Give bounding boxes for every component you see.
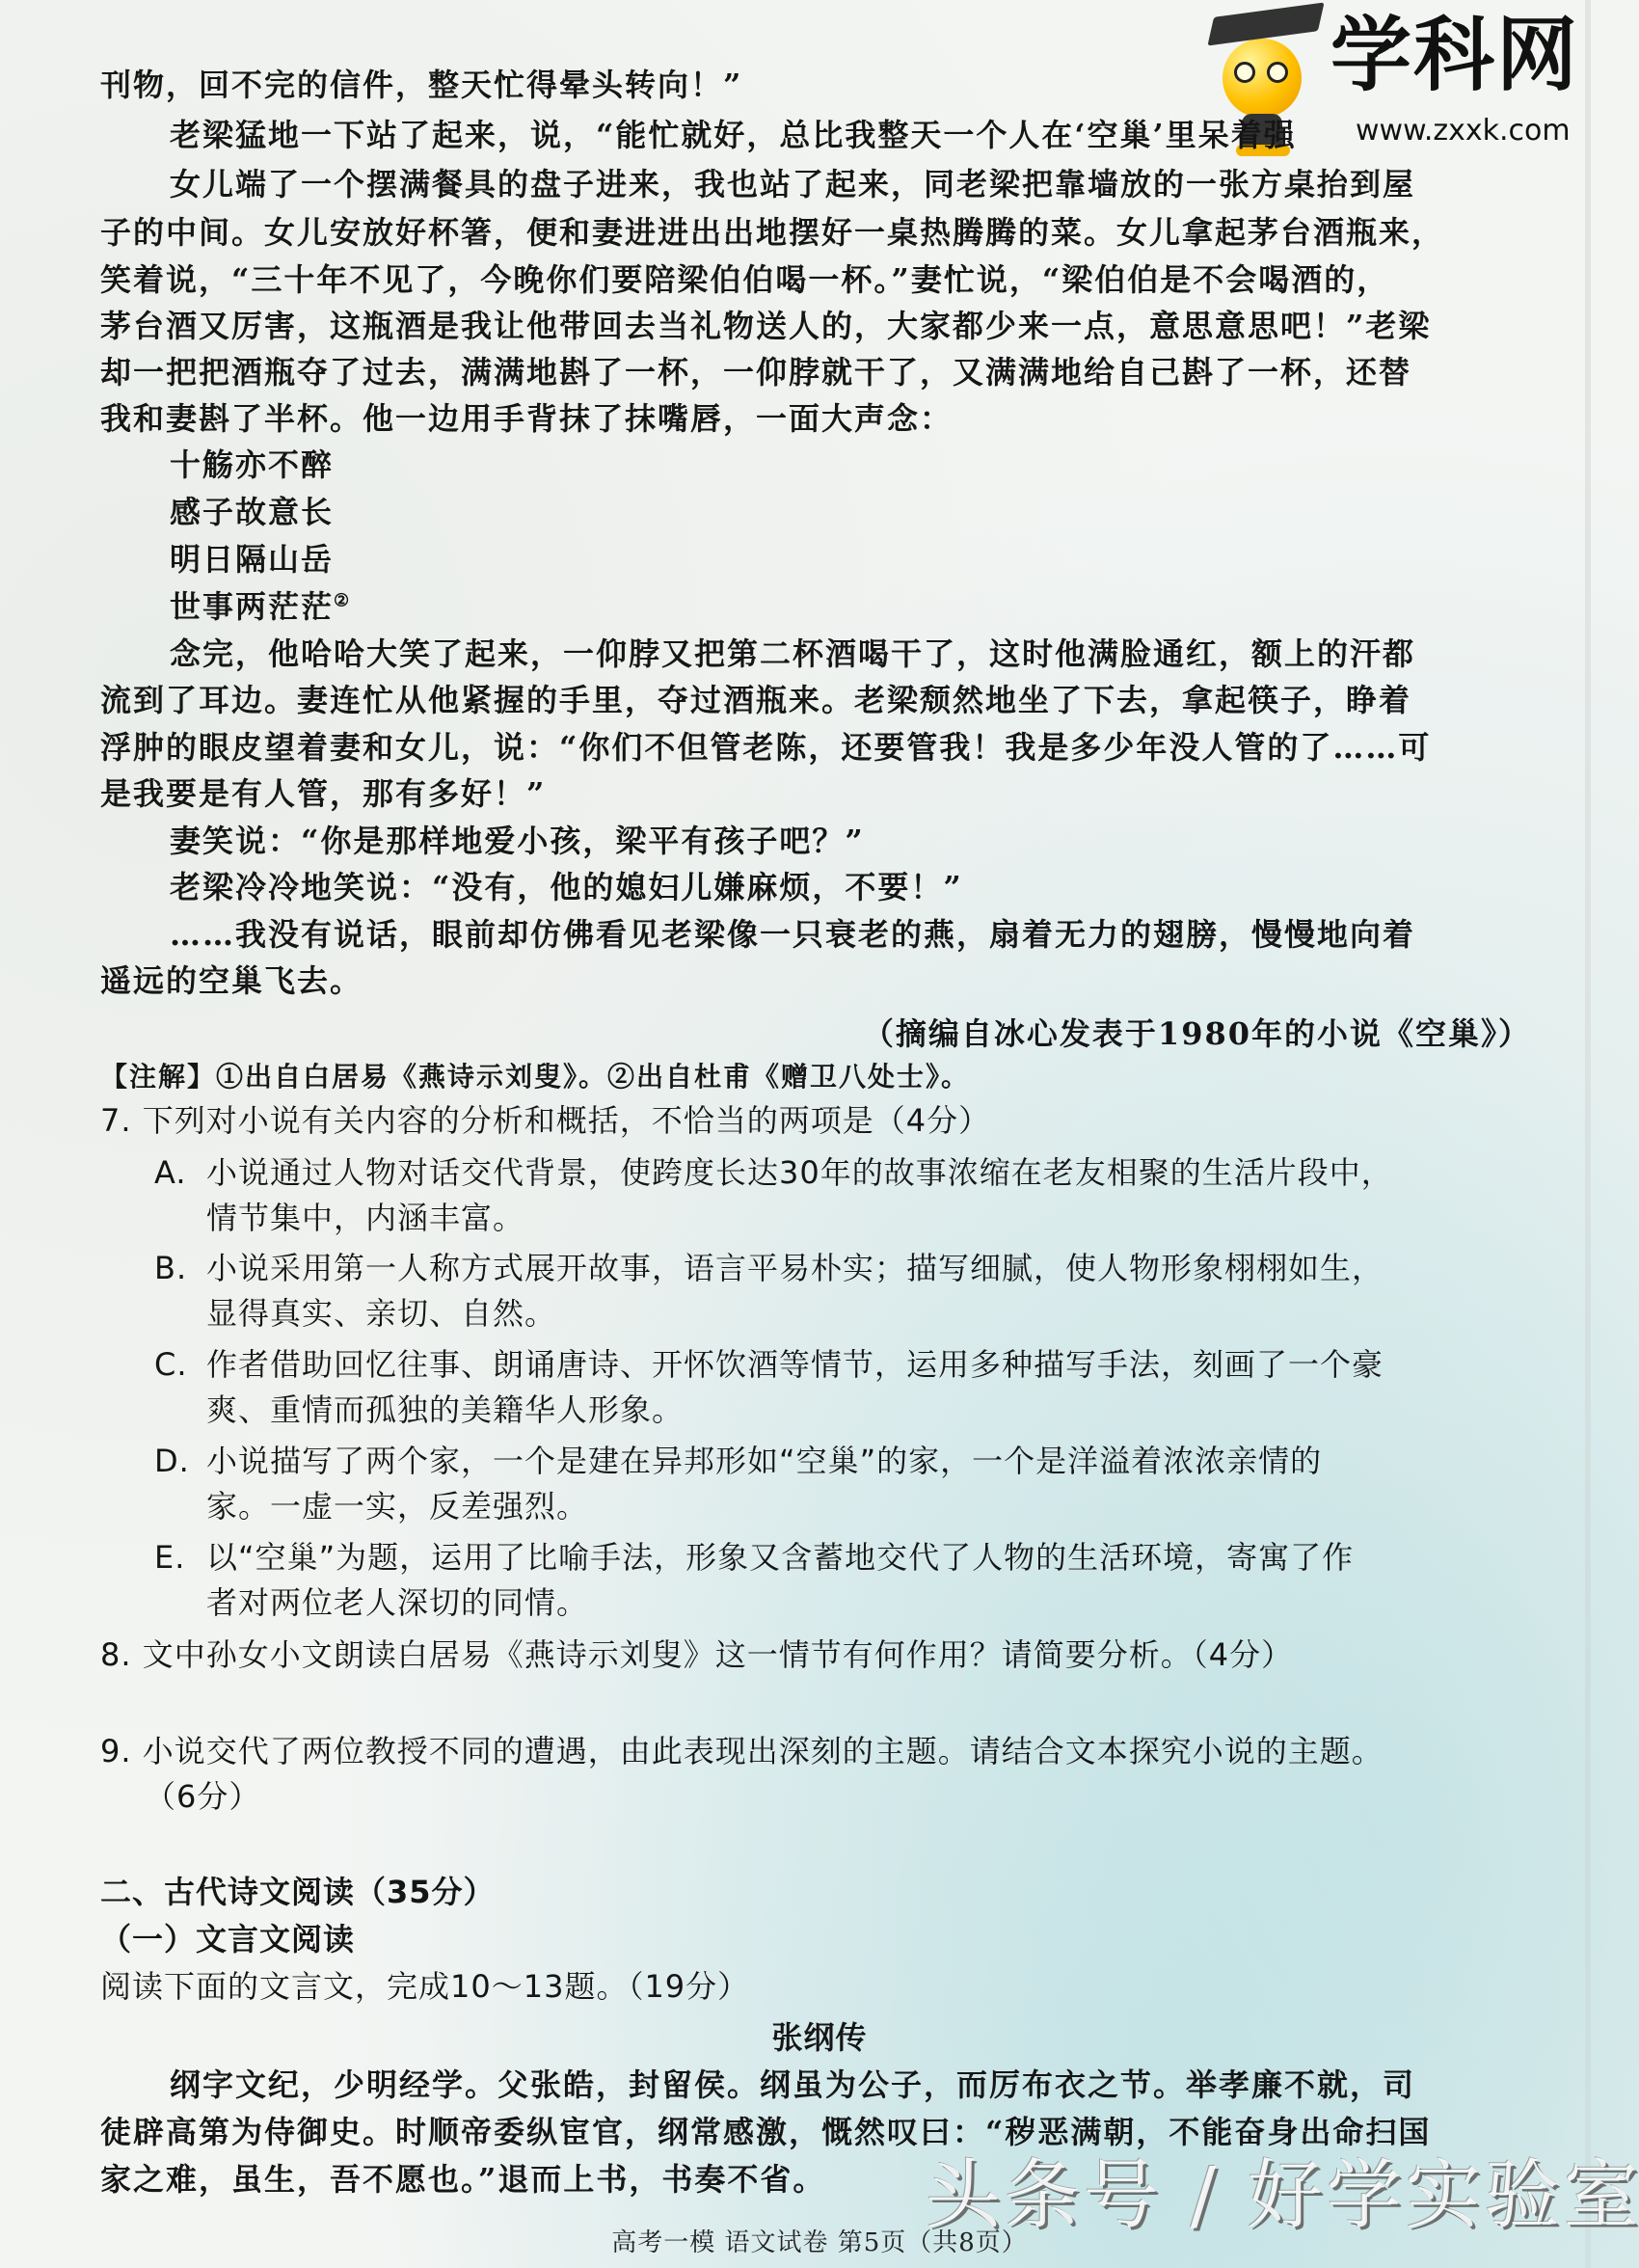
poem-line: 明日隔山岳	[170, 540, 334, 579]
footnote-marker: ②	[334, 590, 351, 610]
story-line: 遥远的空巢飞去。	[100, 961, 363, 1000]
poem-line: 世事两茫茫②	[170, 587, 351, 626]
question-9-points: （6分）	[145, 1777, 260, 1816]
exam-page: 学科网 www.zxxk.com 刊物，回不完的信件，整天忙得晕头转向！” 老梁…	[0, 0, 1639, 2268]
q7-option-a-cont: 情节集中，内涵丰富。	[206, 1199, 524, 1237]
section-2-subheading: （一）文言文阅读	[100, 1920, 355, 1958]
annotation-note: 【注解】①出自白居易《燕诗示刘叟》。②出自杜甫《赠卫八处士》。	[100, 1058, 970, 1096]
question-9: 9. 小说交代了两位教授不同的遭遇，由此表现出深刻的主题。请结合文本探究小说的主…	[100, 1732, 1384, 1770]
q7-option-e-label: E.	[154, 1538, 185, 1577]
source-citation: （摘编自冰心发表于1980年的小说《空巢》）	[863, 1014, 1531, 1053]
question-7-stem: 7. 下列对小说有关内容的分析和概括，不恰当的两项是（4分）	[100, 1101, 990, 1140]
story-line: 子的中间。女儿安放好杯箸，便和妻进进出出地摆好一桌热腾腾的菜。女儿拿起茅台酒瓶来…	[100, 213, 1444, 252]
q7-option-a-label: A.	[154, 1153, 187, 1192]
q7-option-d-cont: 家。一虚一实，反差强烈。	[206, 1487, 588, 1525]
page-footer: 高考一模 语文试卷 第5页（共8页）	[0, 2223, 1639, 2258]
q7-option-a: 小说通过人物对话交代背景，使跨度长达30年的故事浓缩在老友相聚的生活片段中，	[206, 1153, 1393, 1192]
story-line: 却一把把酒瓶夺了过去，满满地斟了一杯，一仰脖就干了，又满满地给自己斟了一杯，还替	[100, 353, 1411, 391]
story-line: 浮肿的眼皮望着妻和女儿，说：“你们不但管老陈，还要管我！我是多少年没人管的了………	[100, 728, 1431, 767]
section-2-instruction: 阅读下面的文言文，完成10～13题。（19分）	[100, 1967, 749, 2006]
q7-option-c-label: C.	[154, 1345, 188, 1384]
poem-line: 十觞亦不醉	[170, 445, 334, 484]
passage-line: 徒辟高第为侍御史。时顺帝委纵宦官，纲常感激，慨然叹曰：“秽恶满朝，不能奋身出命扫…	[100, 2113, 1431, 2151]
story-line: 老梁猛地一下站了起来，说，“能忙就好，总比我整天一个人在‘空巢’里呆着强	[170, 116, 1297, 154]
q7-option-b: 小说采用第一人称方式展开故事，语言平易朴实；描写细腻，使人物形象栩栩如生，	[206, 1249, 1384, 1287]
story-line: 是我要是有人管，那有多好！”	[100, 774, 546, 813]
q7-option-d-label: D.	[154, 1442, 190, 1480]
story-line: 茅台酒又厉害，这瓶酒是我让他带回去当礼物送人的，大家都少来一点，意思意思吧！”老…	[100, 307, 1431, 345]
question-8: 8. 文中孙女小文朗读白居易《燕诗示刘叟》这一情节有何作用？请简要分析。（4分）	[100, 1635, 1293, 1674]
story-line: ……我没有说话，眼前却仿佛看见老梁像一只衰老的燕，扇着无力的翅膀，慢慢地向着	[170, 915, 1415, 954]
poem-text: 世事两茫茫	[170, 588, 334, 625]
glasses-icon	[1234, 62, 1292, 83]
story-line: 妻笑说：“你是那样地爱小孩，梁平有孩子吧？”	[170, 822, 865, 860]
passage-line: 纲字文纪，少明经学。父张皓，封留侯。纲虽为公子，而厉布衣之节。举孝廉不就，司	[170, 2065, 1415, 2104]
q7-option-c: 作者借助回忆往事、朗诵唐诗、开怀饮酒等情节，运用多种描写手法，刻画了一个豪	[206, 1345, 1384, 1384]
story-line: 老梁冷冷地笑说：“没有，他的媳妇儿嫌麻烦，不要！”	[170, 868, 963, 906]
q7-option-e-cont: 者对两位老人深切的同情。	[206, 1583, 588, 1622]
story-line: 刊物，回不完的信件，整天忙得晕头转向！”	[100, 66, 742, 104]
q7-option-e: 以“空巢”为题，运用了比喻手法，形象又含蓄地交代了人物的生活环境，寄寓了作	[206, 1538, 1354, 1577]
story-line: 念完，他哈哈大笑了起来，一仰脖又把第二杯酒喝干了，这时他满脸通红，额上的汗都	[170, 634, 1415, 673]
story-line: 笑着说，“三十年不见了，今晚你们要陪梁伯伯喝一杯。”妻忙说，“梁伯伯是不会喝酒的…	[100, 260, 1389, 299]
story-line: 流到了耳边。妻连忙从他紧握的手里，夺过酒瓶来。老梁颓然地坐了下去，拿起筷子，睁着	[100, 681, 1411, 719]
passage-line: 家之难，虽生，吾不愿也。”退而上书，书奏不省。	[100, 2160, 825, 2199]
story-line: 我和妻斟了半杯。他一边用手背抹了抹嘴唇，一面大声念：	[100, 399, 953, 438]
poem-line: 感子故意长	[170, 493, 334, 531]
passage-title: 张纲传	[0, 2018, 1639, 2057]
story-line: 女儿端了一个摆满餐具的盘子进来，我也站了起来，同老梁把靠墙放的一张方桌抬到屋	[170, 165, 1415, 203]
scan-edge-shadow	[1585, 0, 1591, 2268]
q7-option-b-label: B.	[154, 1249, 187, 1287]
section-2-heading: 二、古代诗文阅读（35分）	[100, 1873, 496, 1911]
q7-option-d: 小说描写了两个家，一个是建在异邦形如“空巢”的家，一个是洋溢着浓浓亲情的	[206, 1442, 1322, 1480]
logo-brand-text: 学科网	[1330, 12, 1579, 98]
logo-url: www.zxxk.com	[1356, 114, 1571, 148]
q7-option-b-cont: 显得真实、亲切、自然。	[206, 1294, 556, 1333]
q7-option-c-cont: 爽、重情而孤独的美籍华人形象。	[206, 1390, 684, 1429]
